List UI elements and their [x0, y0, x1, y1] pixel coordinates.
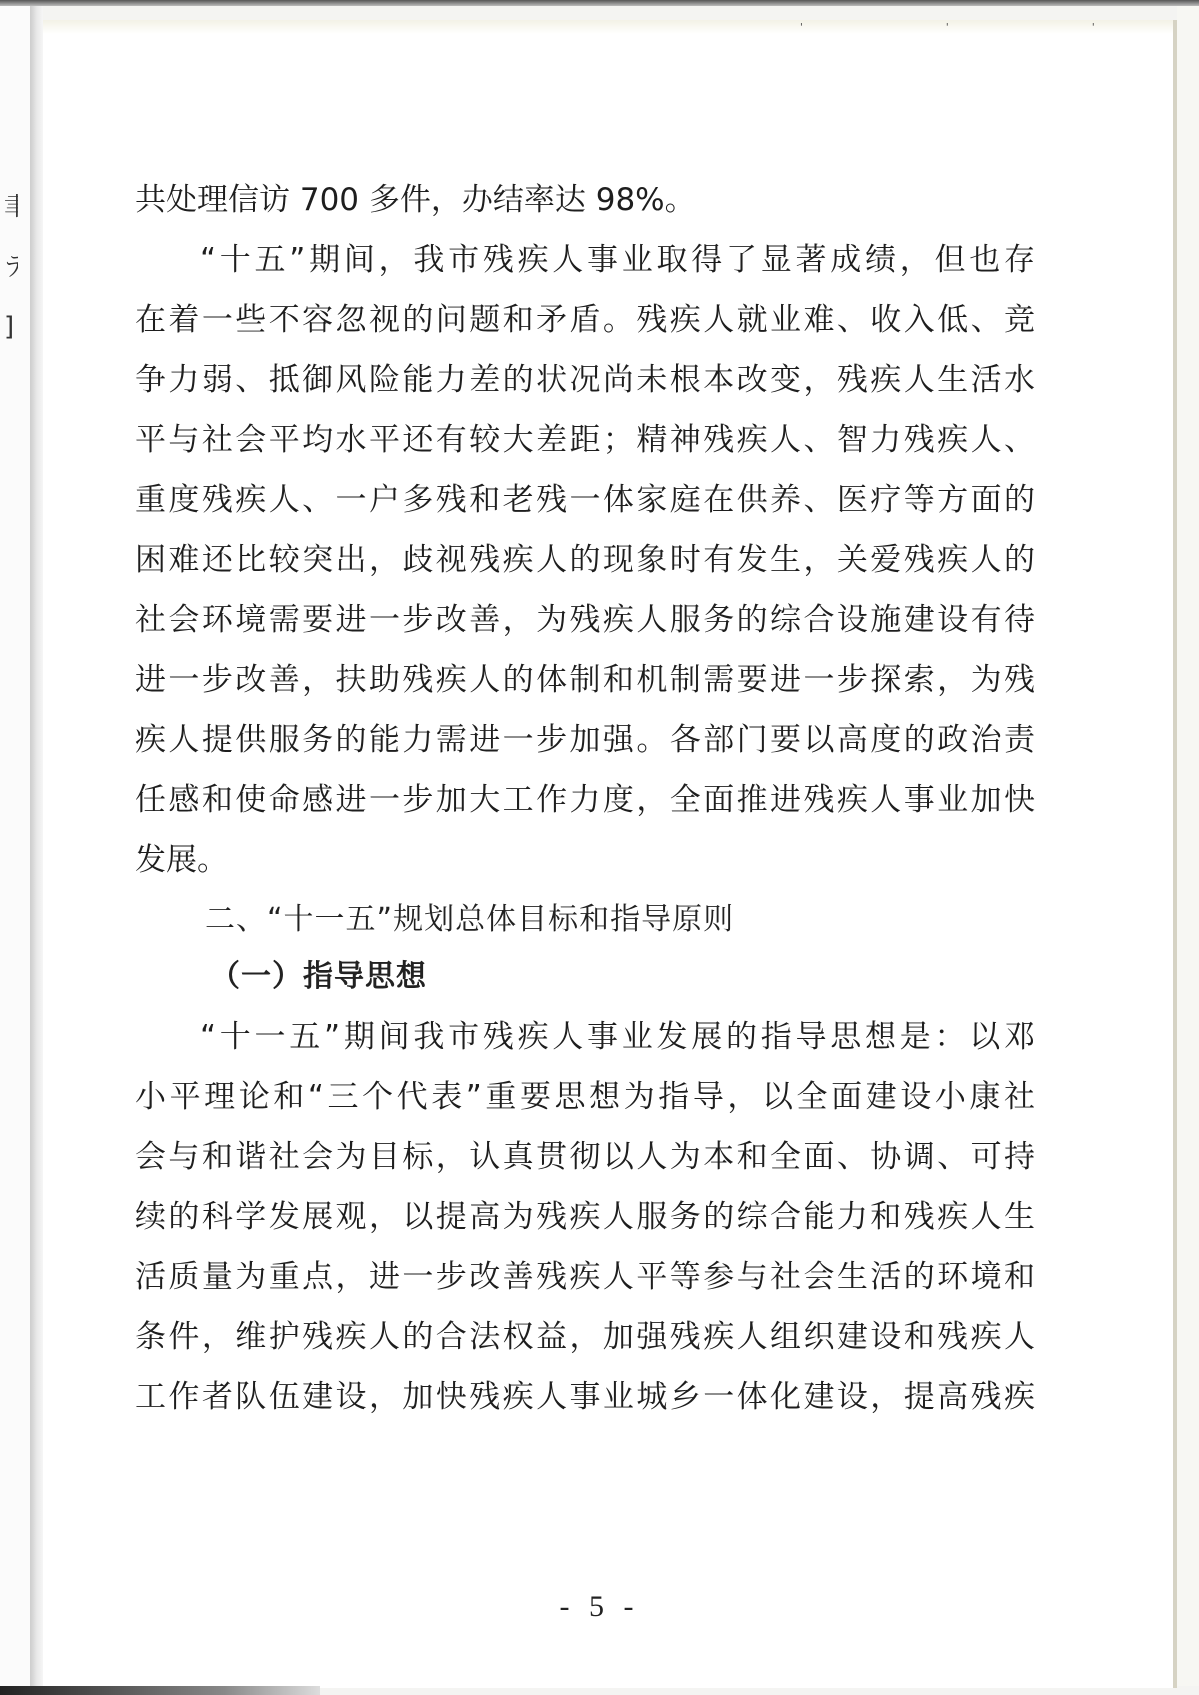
adjacent-page-fragment: ]	[4, 314, 18, 340]
paragraph-line: 争力弱、抵御风险能力差的状况尚未根本改变，残疾人生活水	[135, 355, 1035, 405]
paragraph-line: “十五”期间，我市残疾人事业取得了显著成绩，但也存	[200, 235, 1035, 285]
subsection-heading: （一）指导思想	[210, 952, 427, 1002]
paragraph-line: 社会环境需要进一步改善，为残疾人服务的综合设施建设有待	[135, 595, 1035, 645]
paragraph-line: 任感和使命感进一步加大工作力度，全面推进残疾人事业加快	[135, 775, 1035, 825]
paragraph-line: 条件，维护残疾人的合法权益，加强残疾人组织建设和残疾人	[135, 1312, 1035, 1362]
adjacent-page-fragment: 聿	[4, 194, 18, 220]
page-gutter-shadow	[31, 6, 43, 1686]
paragraph-line: 活质量为重点，进一步改善残疾人平等参与社会生活的环境和	[135, 1252, 1035, 1302]
paragraph-line: 续的科学发展观，以提高为残疾人服务的综合能力和残疾人生	[135, 1192, 1035, 1242]
paragraph-line: 共处理信访 700 多件，办结率达 98%。	[135, 175, 1035, 225]
scanner-bottom-edge	[0, 1686, 320, 1695]
paragraph-line: 重度残疾人、一户多残和老残一体家庭在供养、医疗等方面的	[135, 475, 1035, 525]
paragraph-line: 小平理论和“三个代表”重要思想为指导，以全面建设小康社	[135, 1072, 1035, 1122]
adjacent-page-fragment: デ	[4, 254, 18, 280]
paragraph-line: “十一五”期间我市残疾人事业发展的指导思想是：以邓	[200, 1012, 1035, 1062]
paragraph-line: 困难还比较突出，歧视残疾人的现象时有发生，关爱残疾人的	[135, 535, 1035, 585]
scanned-document: 聿 デ ] ' ' ' 共处理信访 700 多件，办结率达 98%。 “十五”期…	[0, 0, 1199, 1695]
paragraph-line: 进一步改善，扶助残疾人的体制和机制需要进一步探索，为残	[135, 655, 1035, 705]
adjacent-page-strip: 聿 デ ]	[0, 6, 31, 1686]
paragraph-line: 发展。	[135, 835, 1035, 885]
scanner-right-margin	[1177, 6, 1199, 1686]
scanner-top-edge	[0, 0, 1199, 6]
section-heading: 二、“十一五”规划总体目标和指导原则	[205, 895, 734, 945]
paragraph-line: 疾人提供服务的能力需进一步加强。各部门要以高度的政治责	[135, 715, 1035, 765]
paragraph-line: 平与社会平均水平还有较大差距；精神残疾人、智力残疾人、	[135, 415, 1035, 465]
scan-specks: ' ' '	[800, 22, 1165, 33]
page-number: - 5 -	[0, 1590, 1199, 1624]
paragraph-line: 工作者队伍建设，加快残疾人事业城乡一体化建设，提高残疾	[135, 1372, 1035, 1422]
paragraph-line: 在着一些不容忽视的问题和矛盾。残疾人就业难、收入低、竞	[135, 295, 1035, 345]
paragraph-line: 会与和谐社会为目标，认真贯彻以人为本和全面、协调、可持	[135, 1132, 1035, 1182]
